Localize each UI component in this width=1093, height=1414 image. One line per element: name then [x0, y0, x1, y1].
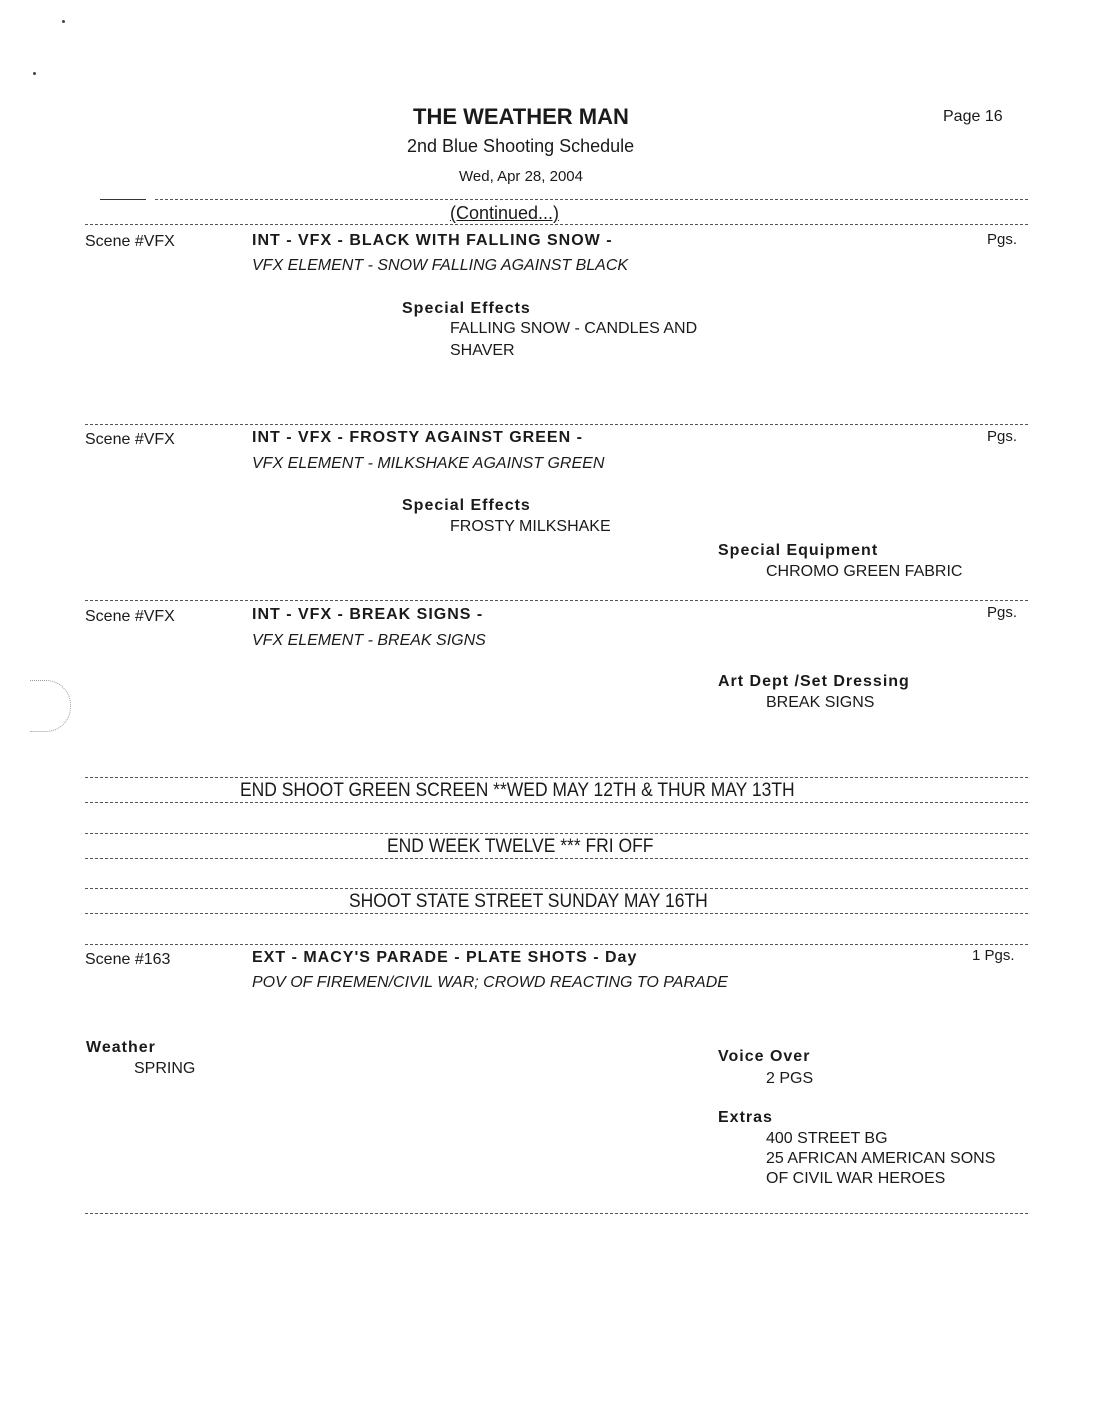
schedule-date: Wed, Apr 28, 2004 [459, 168, 583, 185]
category-item: OF CIVIL WAR HEROES [766, 1170, 945, 1188]
divider [155, 199, 1028, 200]
category-label-special-effects: Special Effects [402, 497, 531, 515]
banner-shoot-state-street: SHOOT STATE STREET SUNDAY MAY 16TH [349, 891, 708, 913]
scene-heading: INT - VFX - BREAK SIGNS - [252, 606, 483, 624]
scene-number: Scene #163 [85, 951, 170, 969]
category-label-special-effects: Special Effects [402, 300, 531, 318]
category-label-extras: Extras [718, 1109, 773, 1127]
scene-description: POV OF FIREMEN/CIVIL WAR; CROWD REACTING… [252, 974, 728, 992]
schedule-subtitle: 2nd Blue Shooting Schedule [407, 136, 634, 157]
scene-pages: Pgs. [987, 231, 1017, 248]
continued-label: (Continued...) [450, 203, 559, 224]
document-title: THE WEATHER MAN [413, 104, 629, 130]
divider [85, 888, 1028, 889]
scene-pages: Pgs. [987, 604, 1017, 621]
divider [85, 424, 1028, 425]
scene-heading: INT - VFX - FROSTY AGAINST GREEN - [252, 429, 583, 447]
scene-pages: Pgs. [987, 428, 1017, 445]
category-label-art-dept: Art Dept /Set Dressing [718, 673, 910, 691]
category-label-voice-over: Voice Over [718, 1048, 810, 1066]
category-item: BREAK SIGNS [766, 694, 874, 712]
scene-heading: INT - VFX - BLACK WITH FALLING SNOW - [252, 232, 613, 250]
divider [85, 1213, 1028, 1214]
scene-number: Scene #VFX [85, 233, 175, 251]
scan-speck [33, 72, 36, 75]
page-number: Page 16 [943, 108, 1003, 126]
scan-speck [62, 20, 65, 23]
category-item: 2 PGS [766, 1070, 813, 1088]
category-item: 25 AFRICAN AMERICAN SONS [766, 1150, 995, 1168]
scene-description: VFX ELEMENT - BREAK SIGNS [252, 632, 486, 650]
divider [100, 199, 146, 200]
scene-heading: EXT - MACY'S PARADE - PLATE SHOTS - Day [252, 949, 637, 967]
scene-description: VFX ELEMENT - SNOW FALLING AGAINST BLACK [252, 257, 628, 275]
scene-number: Scene #VFX [85, 608, 175, 626]
category-item: FROSTY MILKSHAKE [450, 518, 611, 536]
divider [85, 802, 1028, 803]
banner-end-week-twelve: END WEEK TWELVE *** FRI OFF [387, 836, 653, 858]
scene-number: Scene #VFX [85, 431, 175, 449]
banner-end-green-screen: END SHOOT GREEN SCREEN **WED MAY 12TH & … [240, 780, 795, 802]
divider [85, 858, 1028, 859]
divider [85, 777, 1028, 778]
divider [85, 600, 1028, 601]
category-item: SHAVER [450, 342, 515, 360]
category-label-special-equipment: Special Equipment [718, 542, 878, 560]
divider [85, 833, 1028, 834]
divider [85, 224, 1028, 225]
punch-hole-mark [30, 680, 71, 732]
category-item: 400 STREET BG [766, 1130, 888, 1148]
scene-description: VFX ELEMENT - MILKSHAKE AGAINST GREEN [252, 455, 604, 473]
category-label-weather: Weather [86, 1039, 156, 1057]
divider [85, 944, 1028, 945]
category-item: FALLING SNOW - CANDLES AND [450, 320, 697, 338]
category-item: SPRING [134, 1060, 195, 1078]
category-item: CHROMO GREEN FABRIC [766, 563, 962, 581]
scene-pages: 1 Pgs. [972, 947, 1015, 964]
divider [85, 913, 1028, 914]
